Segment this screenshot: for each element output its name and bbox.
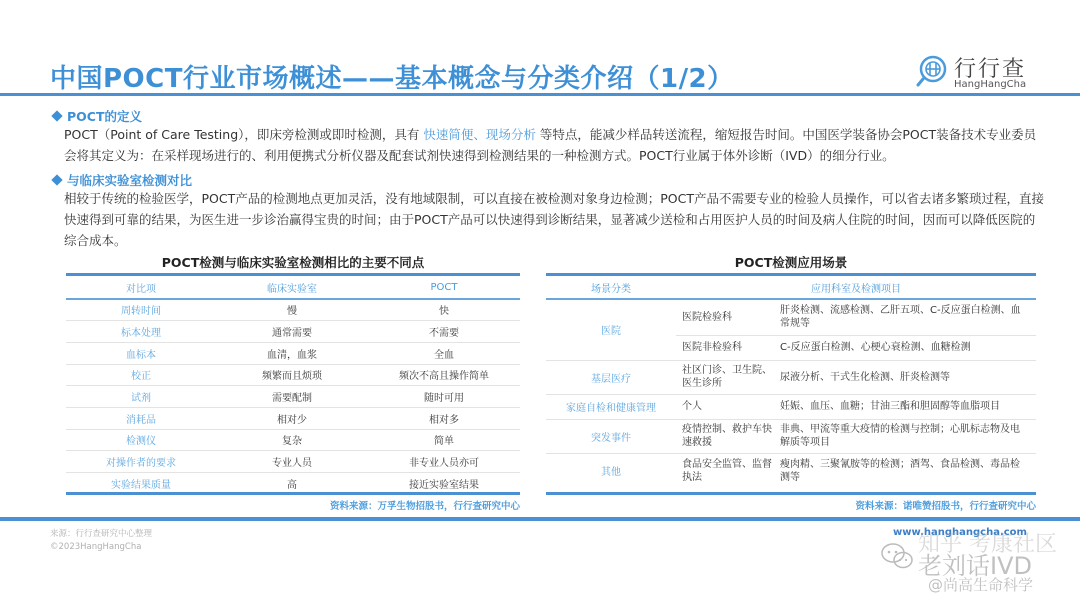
right-table-source: 资料来源：诺唯赞招股书，行行查研究中心 [546, 498, 1036, 512]
table-row-group: 其他 食品安全监管、监督执法 瘦肉精、三聚氰胺等的检测；酒驾、食品检测、毒品检测… [546, 454, 1036, 488]
table-row-group: 医院 医院检验科 肝炎检测、流感检测、乙肝五项、C-反应蛋白检测、血常规等 医院… [546, 300, 1036, 361]
table-header-row: 场景分类 应用科室及检测项目 [546, 276, 1036, 298]
definition-paragraph: POCT（Point of Care Testing），即床旁检测或即时检测，具… [64, 124, 1044, 166]
table-bottom-rule [546, 492, 1036, 495]
table-row: 个人 妊娠、血压、血糖；甘油三酯和胆固醇等血脂项目 [676, 395, 1036, 419]
section-heading-comparison: 与临床实验室检测对比 [50, 171, 192, 189]
table-row-group: 突发事件 疫情控制、救护车快速救援 非典、甲流等重大疫情的检测与控制；心肌标志物… [546, 420, 1036, 454]
table-row: 社区门诊、卫生院、医生诊所 尿液分析、干式生化检测、肝炎检测等 [676, 361, 1036, 394]
slide-header: 中国POCT行业市场概述——基本概念与分类介绍（1/2） 行行查 HangHan… [0, 0, 1080, 100]
title-divider [0, 93, 1080, 96]
header-rule [546, 298, 1036, 300]
table-row: 消耗品相对少相对多 [66, 408, 520, 430]
table-row: 食品安全监管、监督执法 瘦肉精、三聚氰胺等的检测；酒驾、食品检测、毒品检测等 [676, 454, 1036, 488]
application-scenarios-table: 场景分类 应用科室及检测项目 医院 医院检验科 肝炎检测、流感检测、乙肝五项、C… [546, 276, 1036, 488]
table-row-group: 基层医疗 社区门诊、卫生院、医生诊所 尿液分析、干式生化检测、肝炎检测等 [546, 361, 1036, 395]
comparison-paragraph: 相较于传统的检验医学，POCT产品的检测地点更加灵活，没有地域限制，可以直接在被… [64, 188, 1044, 251]
diamond-bullet-icon [51, 174, 62, 185]
table-row: 对操作者的要求专业人员非专业人员亦可 [66, 451, 520, 473]
table-row: 周转时间慢快 [66, 300, 520, 322]
watermark-account: @尚高生命科学 [928, 574, 1033, 595]
right-table-title: POCT检测应用场景 [546, 253, 1036, 271]
footer-copyright: ©2023HangHangCha [50, 542, 141, 552]
table-row: 试剂需要配制随时可用 [66, 386, 520, 408]
table-header-row: 对比项 临床实验室 POCT [66, 276, 520, 298]
header-rule [66, 298, 520, 300]
diamond-bullet-icon [51, 110, 62, 121]
footer-divider [0, 517, 1080, 521]
wechat-icon [880, 542, 914, 570]
table-row: 医院检验科 肝炎检测、流感检测、乙肝五项、C-反应蛋白检测、血常规等 [676, 300, 1036, 336]
highlight-keywords: 快速简便、现场分析 [423, 127, 536, 142]
hanghangcha-logo[interactable]: 行行查 HangHangCha [916, 52, 1046, 92]
left-table-title: POCT检测与临床实验室检测相比的主要不同点 [66, 253, 520, 271]
left-table-source: 资料来源：万孚生物招股书，行行查研究中心 [66, 498, 520, 512]
table-row-group: 家庭自检和健康管理 个人 妊娠、血压、血糖；甘油三酯和胆固醇等血脂项目 [546, 395, 1036, 420]
table-bottom-rule [66, 492, 520, 495]
section-heading-definition: POCT的定义 [50, 107, 142, 125]
footer-source-note: 来源：行行查研究中心整理 [50, 527, 152, 539]
table-row: 血标本血清，血浆全血 [66, 343, 520, 365]
table-row: 疫情控制、救护车快速救援 非典、甲流等重大疫情的检测与控制；心肌标志物及电解质等… [676, 420, 1036, 453]
table-row: 检测仪复杂简单 [66, 430, 520, 452]
page-title: 中国POCT行业市场概述——基本概念与分类介绍（1/2） [50, 58, 734, 95]
table-row: 医院非检验科 C-反应蛋白检测、心梗心衰检测、血糖检测 [676, 336, 1036, 360]
magnifier-globe-icon [916, 54, 950, 88]
comparison-table: 对比项 临床实验室 POCT 周转时间慢快 标本处理通常需要不需要 血标本血清，… [66, 276, 520, 495]
logo-text-en: HangHangCha [954, 79, 1026, 90]
table-row: 校正频繁而且烦琐频次不高且操作简单 [66, 365, 520, 387]
table-row: 标本处理通常需要不需要 [66, 321, 520, 343]
